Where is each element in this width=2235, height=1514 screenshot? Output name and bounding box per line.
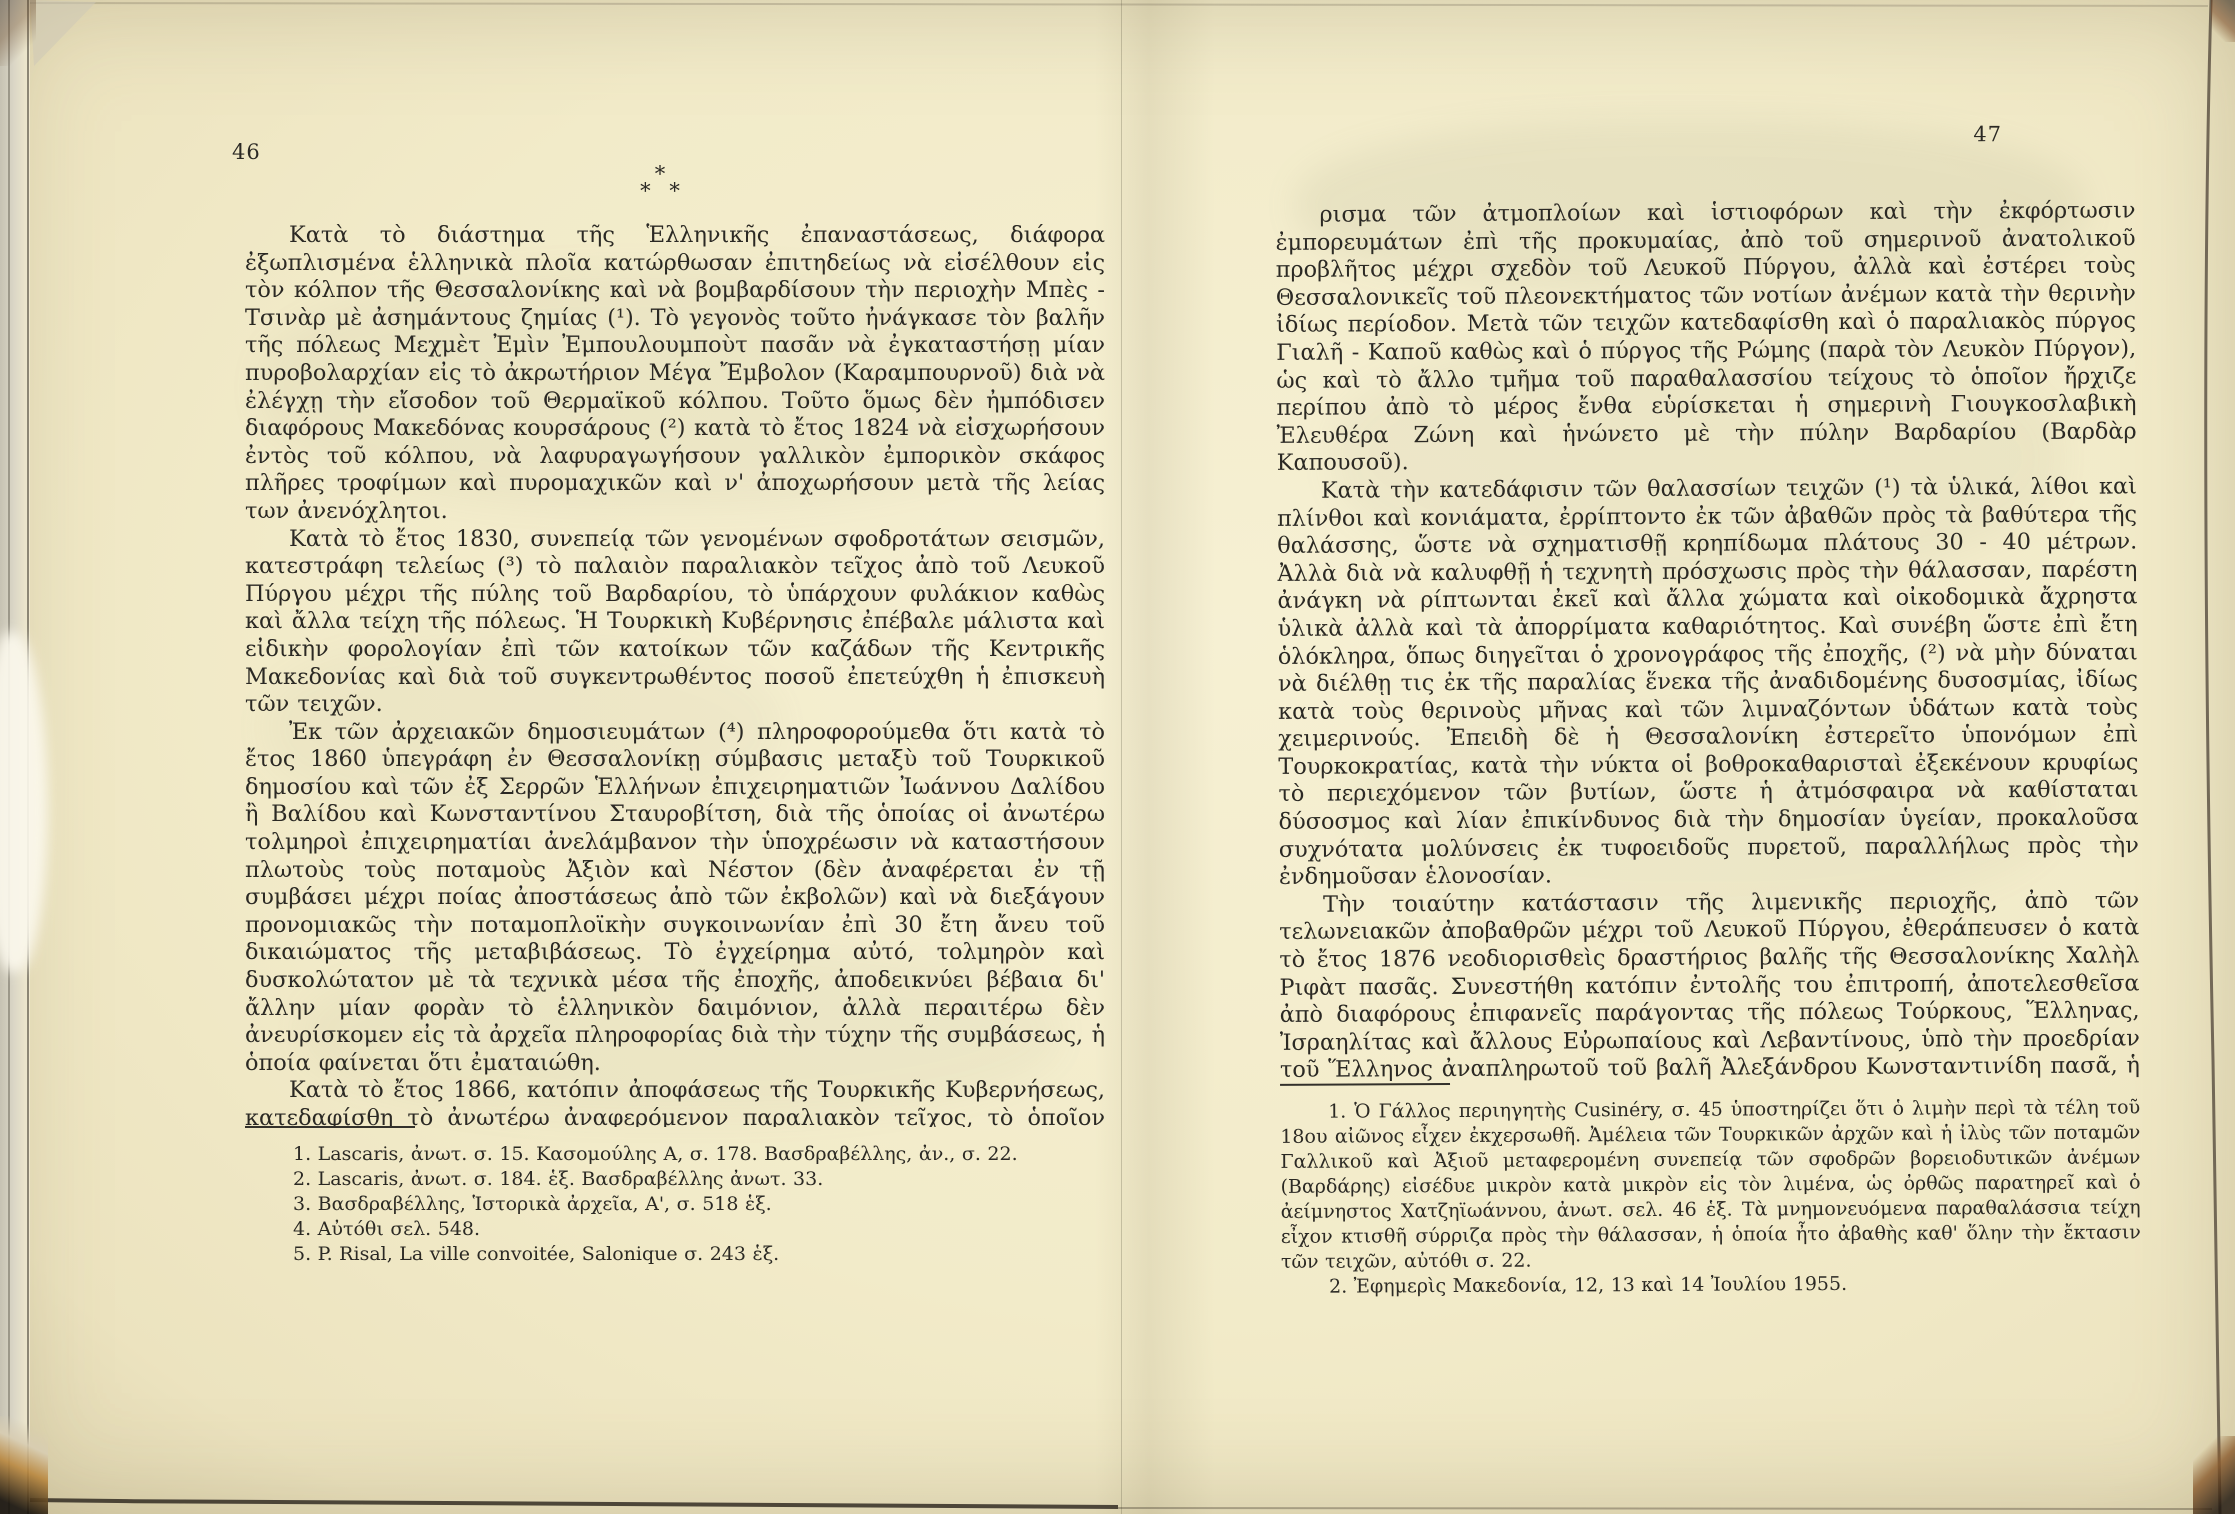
scan-corner-artifact [0, 0, 36, 66]
body-paragraph: Τὴν τοιαύτην κατάστασιν τῆς λιμενικῆς πε… [1279, 887, 2140, 1084]
asterism-bottom: * * [232, 183, 1094, 200]
left-page-body: Κατὰ τὸ διάστημα τῆς Ἑλληνικῆς ἐπαναστάσ… [245, 222, 1105, 1127]
footnote-item: 5. P. Risal, La ville convoitée, Saloniq… [245, 1242, 1105, 1267]
page-number-left: 46 [232, 140, 261, 164]
book-spine-gutter [1095, 0, 1215, 1514]
footnote-item: 2. Lascaris, ἀνωτ. σ. 184. ἑξ. Βασδραβέλ… [245, 1167, 1105, 1192]
footnote-rule [1280, 1083, 1450, 1086]
scan-corner-artifact [0, 1416, 48, 1514]
right-page-body: ρισμα τῶν ἀτμοπλοίων καὶ ἱστιοφόρων καὶ … [1275, 197, 2140, 1083]
right-page: 47 ρισμα τῶν ἀτμοπλοίων καὶ ἱστιοφόρων κ… [1262, 121, 2129, 1455]
footnote-rule [245, 1126, 415, 1128]
right-page-footnotes: 1. Ὁ Γάλλος περιηγητὴς Cusinéry, σ. 45 ὑ… [1280, 1079, 2141, 1300]
footnote-item: 1. Lascaris, ἀνωτ. σ. 15. Κασομούλης Α, … [245, 1142, 1105, 1167]
footnote-item: 2. Ἐφημερὶς Μακεδονία, 12, 13 καὶ 14 Ἰου… [1281, 1270, 2141, 1300]
body-paragraph: Κατὰ τὸ ἔτος 1866, κατόπιν ἀποφάσεως τῆς… [245, 1077, 1105, 1127]
footnote-item: 4. Αὐτόθι σελ. 548. [245, 1217, 1105, 1242]
scan-corner-artifact [2193, 1436, 2235, 1514]
left-page-footnotes: 1. Lascaris, ἀνωτ. σ. 15. Κασομούλης Α, … [245, 1126, 1105, 1267]
body-paragraph: ρισμα τῶν ἀτμοπλοίων καὶ ἱστιοφόρων καὶ … [1275, 197, 2136, 477]
body-paragraph: Ἐκ τῶν ἀρχειακῶν δημοσιευμάτων (⁴) πληρο… [245, 719, 1105, 1078]
book-scan: 46 * * * Κατὰ τὸ διάστημα τῆς Ἑλληνικῆς … [0, 0, 2235, 1514]
scan-corner-artifact [2211, 0, 2235, 42]
page-number-right: 47 [1973, 122, 2002, 146]
body-paragraph: Κατὰ τὴν κατεδάφισιν τῶν θαλασσίων τειχῶ… [1277, 473, 2139, 891]
footnote-item: 3. Βασδραβέλλης, Ἱστορικὰ ἀρχεῖα, Α', σ.… [245, 1192, 1105, 1217]
asterism-ornament: * * * [232, 166, 1094, 200]
torn-page-edge [0, 632, 48, 972]
body-paragraph: Κατὰ τὸ ἔτος 1830, συνεπείᾳ τῶν γενομένω… [245, 526, 1105, 719]
body-paragraph: Κατὰ τὸ διάστημα τῆς Ἑλληνικῆς ἐπαναστάσ… [245, 222, 1105, 526]
left-page: 46 * * * Κατὰ τὸ διάστημα τῆς Ἑλληνικῆς … [232, 140, 1107, 1440]
footnote-item: 1. Ὁ Γάλλος περιηγητὴς Cusinéry, σ. 45 ὑ… [1280, 1095, 2141, 1275]
